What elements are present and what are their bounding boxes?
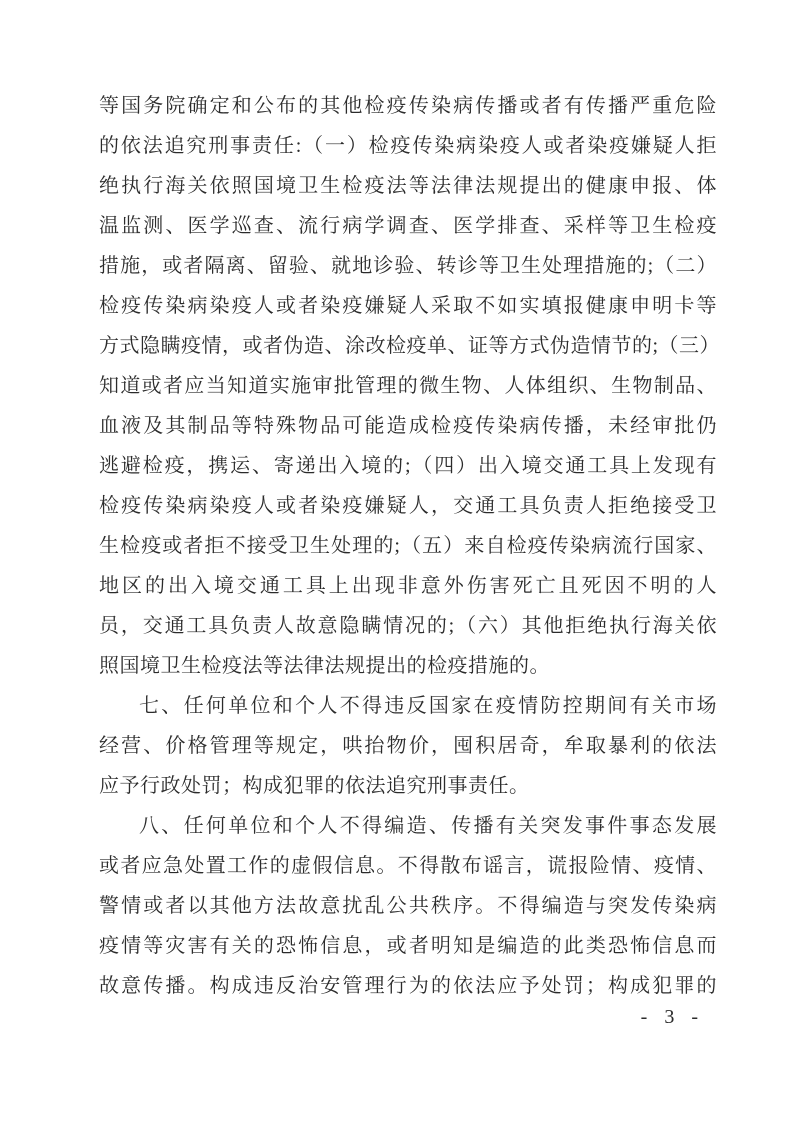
paragraph: 等国务院确定和公布的其他检疫传染病传播或者有传播严重危险的依法追究刑事责任:（一… [99, 86, 717, 686]
page-number: - 3 - [641, 1002, 700, 1032]
text-line: 应予行政处罚；构成犯罪的依法追究刑事责任。 [99, 766, 717, 806]
document-text-block: 等国务院确定和公布的其他检疫传染病传播或者有传播严重危险的依法追究刑事责任:（一… [99, 86, 717, 1006]
text-line: 措施，或者隔离、留验、就地诊验、转诊等卫生处理措施的;（二） [99, 246, 717, 286]
text-line: 知道或者应当知道实施审批管理的微生物、人体组织、生物制品、 [99, 366, 717, 406]
text-line: 故意传播。构成违反治安管理行为的依法应予处罚；构成犯罪的 [99, 966, 717, 1006]
text-line: 八、任何单位和个人不得编造、传播有关突发事件事态发展 [99, 806, 717, 846]
text-line: 温监测、医学巡查、流行病学调查、医学排查、采样等卫生检疫 [99, 206, 717, 246]
paragraph: 七、任何单位和个人不得违反国家在疫情防控期间有关市场经营、价格管理等规定，哄抬物… [99, 686, 717, 806]
text-line: 员，交通工具负责人故意隐瞒情况的;（六）其他拒绝执行海关依 [99, 606, 717, 646]
paragraph: 八、任何单位和个人不得编造、传播有关突发事件事态发展或者应急处置工作的虚假信息。… [99, 806, 717, 1006]
text-line: 绝执行海关依照国境卫生检疫法等法律法规提出的健康申报、体 [99, 166, 717, 206]
text-line: 检疫传染病染疫人或者染疫嫌疑人，交通工具负责人拒绝接受卫 [99, 486, 717, 526]
text-line: 经营、价格管理等规定，哄抬物价，囤积居奇，牟取暴利的依法 [99, 726, 717, 766]
text-line: 或者应急处置工作的虚假信息。不得散布谣言，谎报险情、疫情、 [99, 846, 717, 886]
document-page: 等国务院确定和公布的其他检疫传染病传播或者有传播严重危险的依法追究刑事责任:（一… [0, 0, 800, 1130]
text-line: 照国境卫生检疫法等法律法规提出的检疫措施的。 [99, 646, 717, 686]
text-line: 方式隐瞒疫情，或者伪造、涂改检疫单、证等方式伪造情节的;（三） [99, 326, 717, 366]
text-line: 血液及其制品等特殊物品可能造成检疫传染病传播，未经审批仍 [99, 406, 717, 446]
text-line: 等国务院确定和公布的其他检疫传染病传播或者有传播严重危险 [99, 86, 717, 126]
text-line: 生检疫或者拒不接受卫生处理的;（五）来自检疫传染病流行国家、 [99, 526, 717, 566]
text-line: 七、任何单位和个人不得违反国家在疫情防控期间有关市场 [99, 686, 717, 726]
text-line: 的依法追究刑事责任:（一）检疫传染病染疫人或者染疫嫌疑人拒 [99, 126, 717, 166]
text-line: 警情或者以其他方法故意扰乱公共秩序。不得编造与突发传染病 [99, 886, 717, 926]
text-line: 检疫传染病染疫人或者染疫嫌疑人采取不如实填报健康申明卡等 [99, 286, 717, 326]
text-line: 逃避检疫，携运、寄递出入境的;（四）出入境交通工具上发现有 [99, 446, 717, 486]
text-line: 地区的出入境交通工具上出现非意外伤害死亡且死因不明的人 [99, 566, 717, 606]
text-line: 疫情等灾害有关的恐怖信息，或者明知是编造的此类恐怖信息而 [99, 926, 717, 966]
